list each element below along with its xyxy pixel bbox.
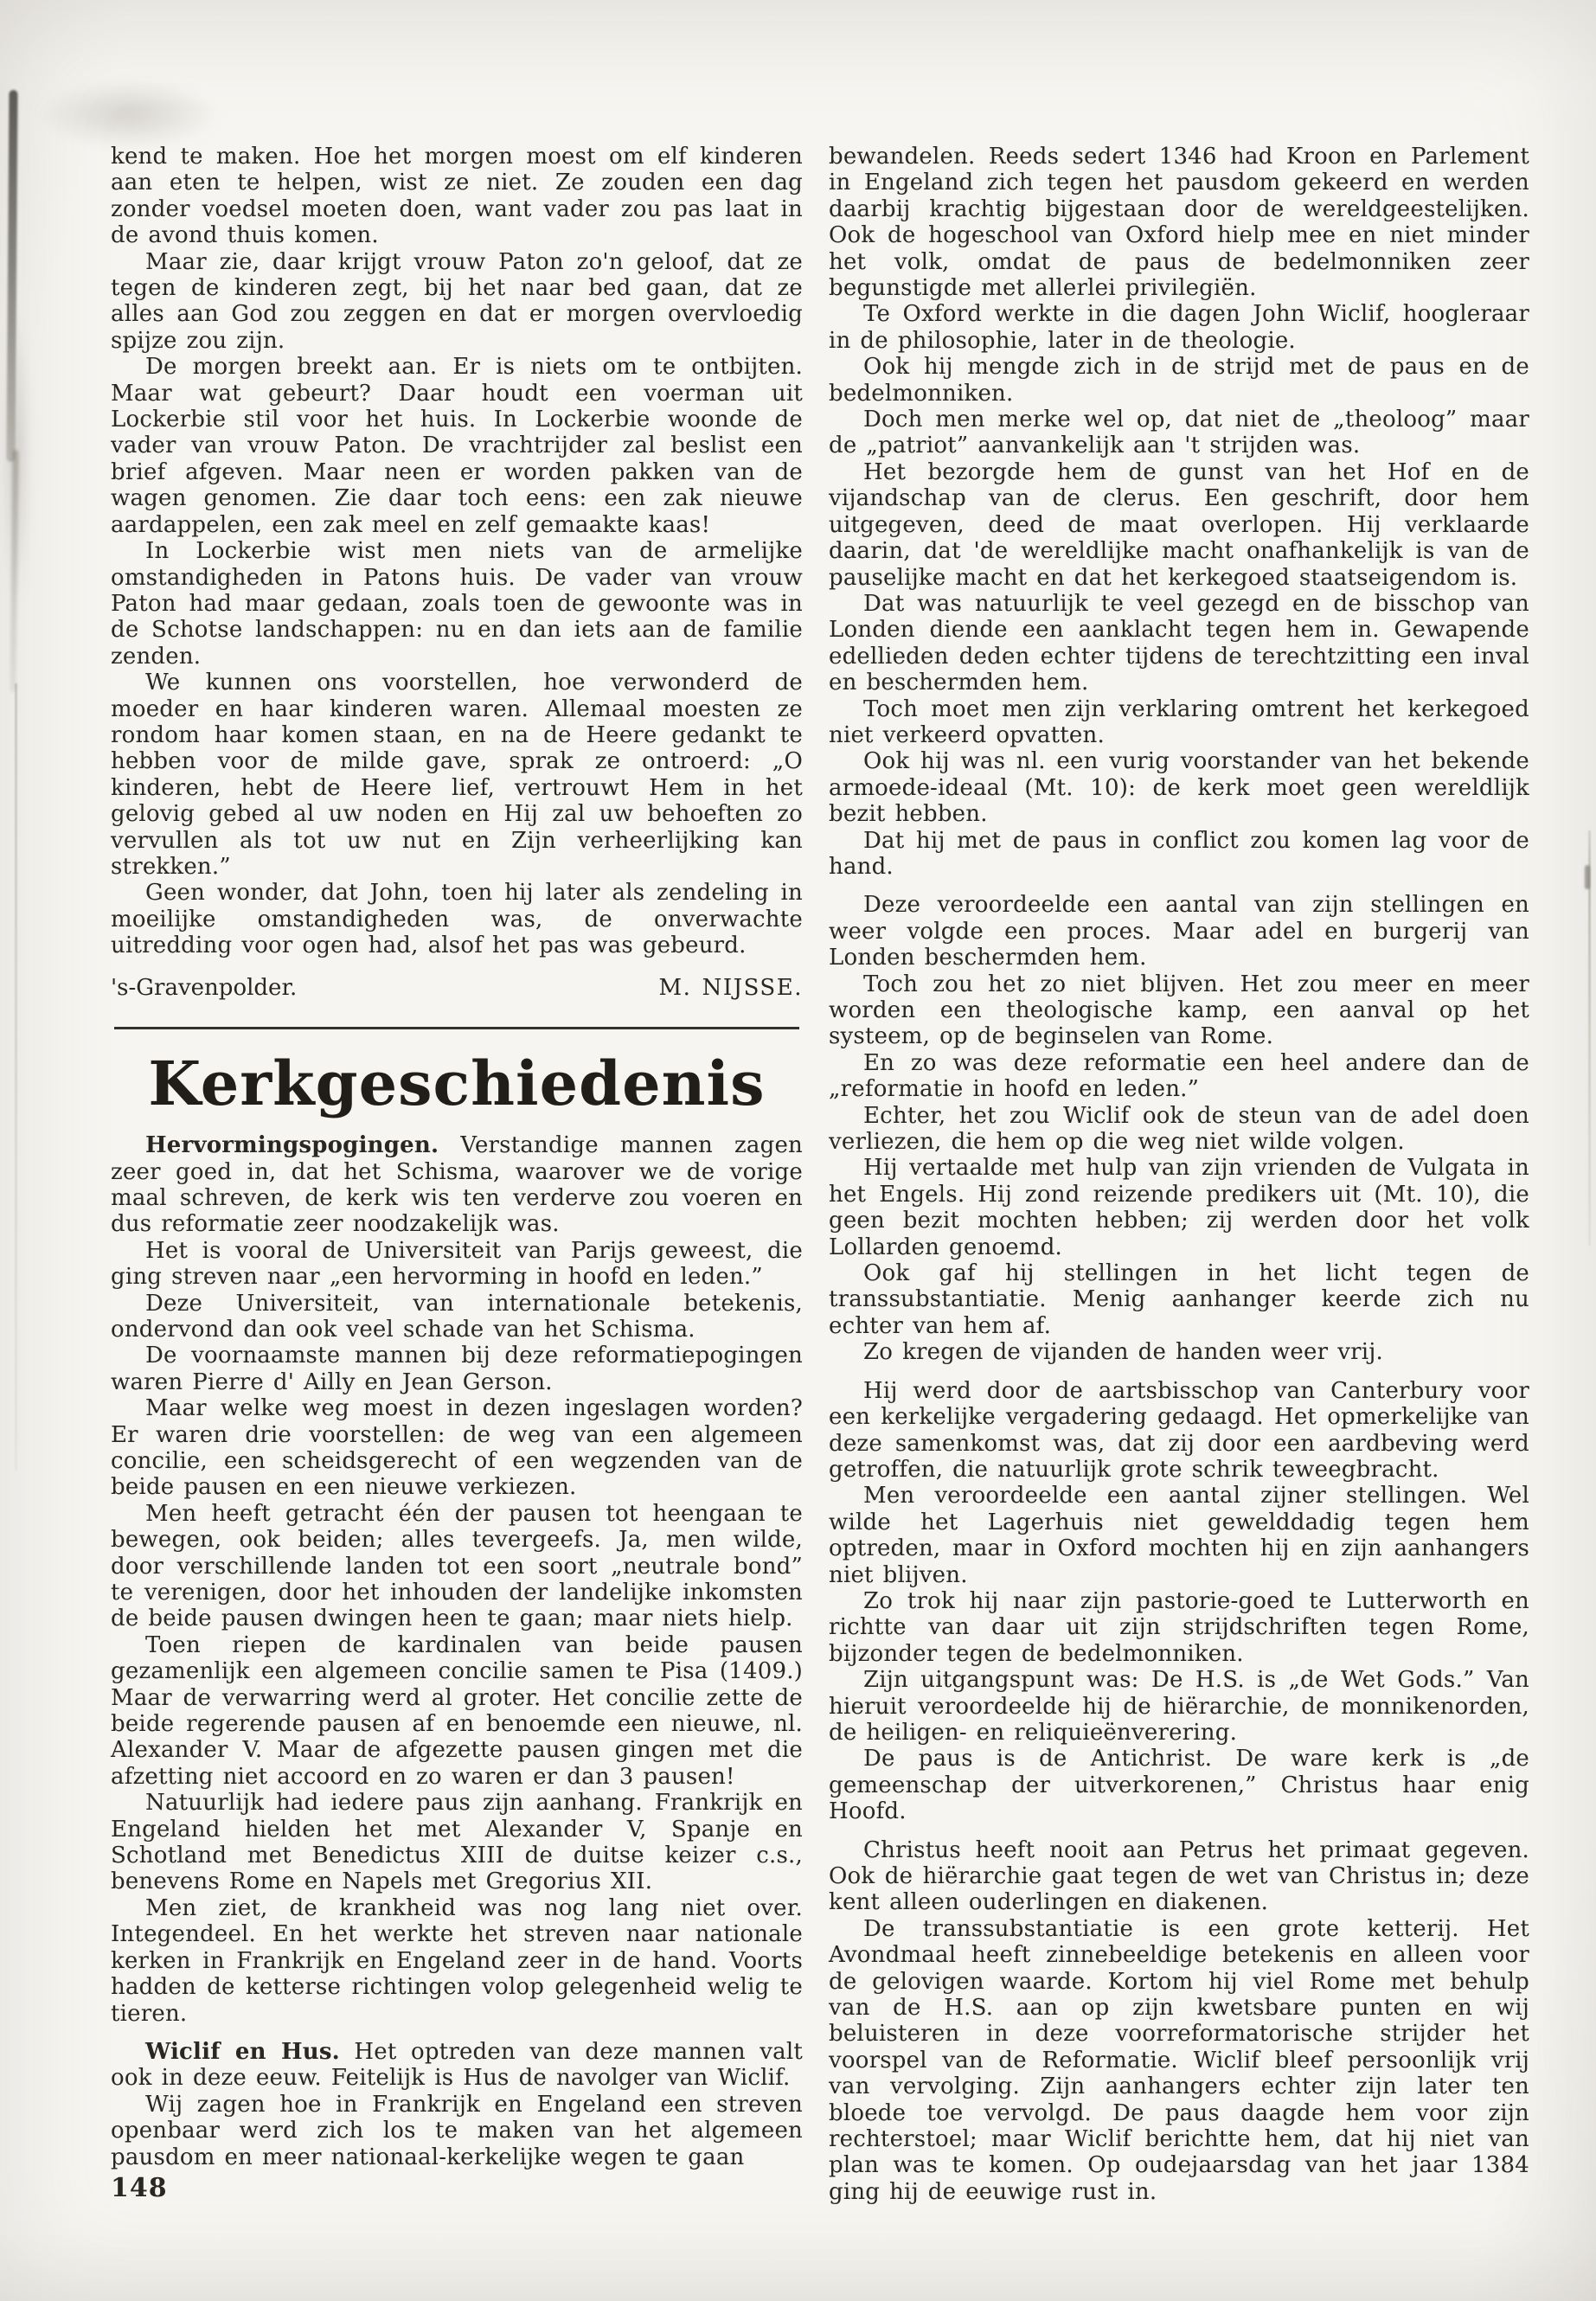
scan-artifact-left-streak bbox=[6, 90, 17, 462]
signature-place: 's-Gravenpolder. bbox=[111, 975, 297, 1001]
paragraph: Zo kregen de vijanden de handen weer vri… bbox=[829, 1339, 1529, 1365]
paragraph: Natuurlijk had iedere paus zijn aanhang.… bbox=[111, 1790, 803, 1895]
paragraph: Maar zie, daar krijgt vrouw Paton zo'n g… bbox=[111, 249, 803, 355]
paragraph: Deze Universiteit, van internationale be… bbox=[111, 1291, 803, 1343]
paragraph: Toen riepen de kardinalen van beide paus… bbox=[111, 1632, 803, 1790]
paragraph: Hij werd door de aartsbisschop van Cante… bbox=[829, 1378, 1529, 1484]
page-number: 148 bbox=[111, 2173, 168, 2203]
paragraph: De transsubstantiatie is een grote kette… bbox=[829, 1916, 1529, 2205]
section-divider bbox=[114, 1027, 799, 1029]
paragraph: Wij zagen hoe in Frankrijk en Engeland e… bbox=[111, 2092, 803, 2170]
paragraph: Hij vertaalde met hulp van zijn vrienden… bbox=[829, 1155, 1529, 1260]
article-john-paton-continuation: kend te maken. Hoe het morgen moest om e… bbox=[111, 144, 803, 959]
article-kerkgeschiedenis-left: Hervormingspogingen. Verstandige mannen … bbox=[111, 1132, 803, 2170]
paragraph: Toch moet men zijn verklaring omtrent he… bbox=[829, 696, 1529, 749]
scan-artifact-right-hairline bbox=[1588, 830, 1591, 1246]
scan-artifact-smudge bbox=[38, 80, 220, 149]
paragraph: Ook hij mengde zich in de strijd met de … bbox=[829, 354, 1529, 407]
paragraph: En zo was deze reformatie een heel ander… bbox=[829, 1050, 1529, 1103]
paragraph: Toch zou het zo niet blijven. Het zou me… bbox=[829, 971, 1529, 1050]
paragraph: Ook hij was nl. een vurig voorstander va… bbox=[829, 748, 1529, 827]
paragraph-lead: Hervormingspogingen. bbox=[145, 1132, 439, 1158]
article-signature: 's-Gravenpolder. M. NIJSSE. bbox=[111, 975, 803, 1001]
paragraph: Deze veroordeelde een aantal van zijn st… bbox=[829, 892, 1529, 971]
paragraph: De morgen breekt aan. Er is niets om te … bbox=[111, 354, 803, 538]
scan-artifact-smudge bbox=[3, 311, 29, 597]
paragraph: Het bezorgde hem de gunst van het Hof en… bbox=[829, 459, 1529, 591]
section-title: Kerkgeschiedenis bbox=[111, 1052, 803, 1116]
scan-artifact-right-tick bbox=[1585, 865, 1590, 889]
paragraph: Men ziet, de krankheid was nog lang niet… bbox=[111, 1895, 803, 2027]
paragraph: De paus is de Antichrist. De ware kerk i… bbox=[829, 1746, 1529, 1824]
paragraph: De voornaamste mannen bij deze reformati… bbox=[111, 1343, 803, 1395]
paragraph: Men heeft getracht één der pausen tot he… bbox=[111, 1501, 803, 1632]
paragraph: Zijn uitgangspunt was: De H.S. is „de We… bbox=[829, 1667, 1529, 1746]
paragraph: Geen wonder, dat John, toen hij later al… bbox=[111, 880, 803, 958]
paragraph: Maar welke weg moest in dezen ingeslagen… bbox=[111, 1395, 803, 1501]
paragraph: Dat was natuurlijk te veel gezegd en de … bbox=[829, 591, 1529, 696]
scan-artifact-left-streak-fade bbox=[10, 450, 19, 692]
paragraph: bewandelen. Reeds sedert 1346 had Kroon … bbox=[829, 144, 1529, 301]
left-column: kend te maken. Hoe het morgen moest om e… bbox=[111, 144, 803, 2170]
paragraph-lead: Wiclif en Hus. bbox=[145, 2039, 340, 2065]
paragraph: Hervormingspogingen. Verstandige mannen … bbox=[111, 1132, 803, 1238]
scanned-magazine-page: { "page": { "number": "148" }, "section"… bbox=[0, 0, 1596, 2301]
paragraph: Christus heeft nooit aan Petrus het prim… bbox=[829, 1837, 1529, 1916]
paragraph: Zo trok hij naar zijn pastorie-goed te L… bbox=[829, 1588, 1529, 1667]
paragraph: In Lockerbie wist men niets van de armel… bbox=[111, 538, 803, 670]
signature-author: M. NIJSSE. bbox=[658, 975, 803, 1001]
scan-artifact-left-hairline bbox=[15, 683, 17, 1471]
paragraph: kend te maken. Hoe het morgen moest om e… bbox=[111, 144, 803, 249]
article-kerkgeschiedenis-right: bewandelen. Reeds sedert 1346 had Kroon … bbox=[829, 144, 1529, 2205]
paragraph: Dat hij met de paus in conflict zou kome… bbox=[829, 828, 1529, 881]
paragraph: Het is vooral de Universiteit van Parijs… bbox=[111, 1238, 803, 1291]
paragraph: Wiclif en Hus. Het optreden van deze man… bbox=[111, 2039, 803, 2092]
right-column: bewandelen. Reeds sedert 1346 had Kroon … bbox=[829, 144, 1529, 2205]
paragraph: Echter, het zou Wiclif ook de steun van … bbox=[829, 1103, 1529, 1156]
paragraph: Ook gaf hij stellingen in het licht tege… bbox=[829, 1260, 1529, 1339]
paragraph: Doch men merke wel op, dat niet de „theo… bbox=[829, 407, 1529, 459]
paragraph: We kunnen ons voorstellen, hoe verwonder… bbox=[111, 670, 803, 880]
paragraph: Te Oxford werkte in die dagen John Wicli… bbox=[829, 301, 1529, 354]
paragraph: Men veroordeelde een aantal zijner stell… bbox=[829, 1483, 1529, 1588]
